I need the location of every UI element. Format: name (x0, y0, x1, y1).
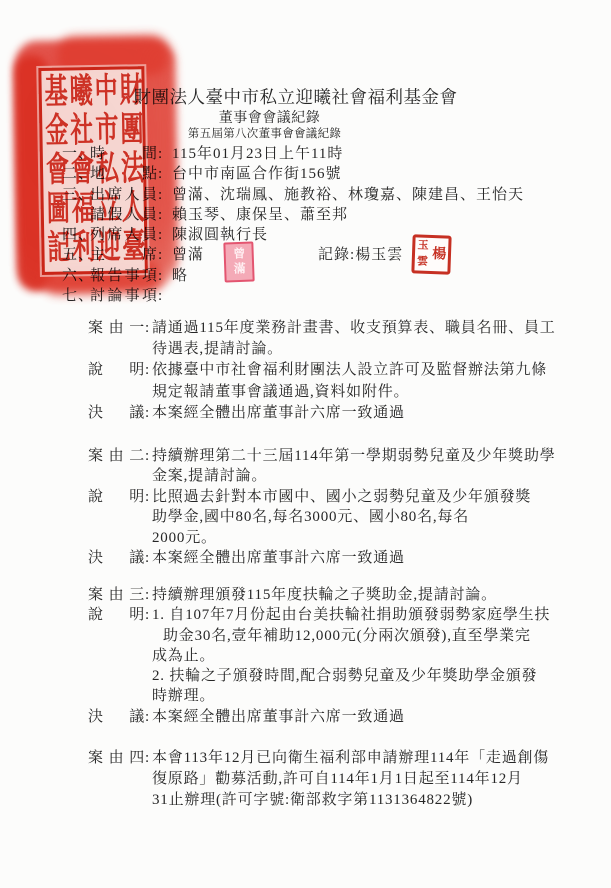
case-row: 說明 : 依據臺中市社會福利財團法人設立許可及監督辦法第九條 規定報請董事會議通… (88, 360, 581, 402)
seal-ink-blob (58, 35, 169, 77)
meta-row-location: 二、 地點 : 台中市南區合作街156號 (62, 164, 571, 184)
case-label: 案由四 (88, 748, 145, 769)
meta-colon: : (158, 245, 172, 265)
doc-title: 董事會會議紀錄 (0, 107, 575, 127)
meta-row-discussion: 七、 討論事項 : (62, 286, 571, 306)
case-line: 時辦理。 (152, 686, 581, 706)
case-label: 案由一 (88, 318, 145, 339)
meta-colon: : (158, 185, 172, 205)
meta-number: 四、 (62, 225, 90, 245)
meta-number: 二、 (62, 164, 90, 184)
case-colon: : (145, 318, 152, 339)
meta-value: 115年01月23日上午11時 (172, 144, 343, 164)
case-line: 請通過115年度業務計畫書、收支預算表、職員名冊、員工 (152, 318, 581, 339)
case-line: 持續辦理頒發115年度扶輪之子獎助金,提請討論。 (152, 585, 581, 605)
meta-label: 討論事項 (90, 286, 158, 306)
case-label: 決議 (88, 403, 145, 424)
doc-subtitle: 第五屆第八次董事會會議紀錄 (0, 125, 570, 141)
meta-label: 請假人員 (90, 205, 158, 225)
recorder-stamp-char: 雲 (414, 254, 431, 271)
case-label: 決議 (88, 707, 145, 727)
meeting-meta: 一、 時間 : 115年01月23日上午11時 二、 地點 : 台中市南區合作街… (62, 144, 571, 306)
meta-value: 陳淑圓執行長 (172, 225, 268, 245)
case-section-2: 案由二 : 持續辦理第二十三屆114年第一學期弱勢兒童及少年獎助學 金案,提請討… (88, 446, 581, 568)
case-colon: : (145, 605, 152, 625)
case-row: 決議 : 本案經全體出席董事計六席一致通過 (88, 548, 581, 568)
meta-number: 三、 (62, 185, 90, 205)
recorder-stamp-char: 玉 (415, 238, 432, 255)
case-line: 助學金,國中80名,每名3000元、國小80名,每名 (152, 507, 581, 527)
case-section-1: 案由一 : 請通過115年度業務計畫書、收支預算表、職員名冊、員工 待遇表,提請… (88, 318, 581, 424)
meta-number: 六、 (62, 266, 90, 286)
meta-colon: : (158, 286, 172, 306)
case-section-4: 案由四 : 本會113年12月已向衛生福利部申請辦理114年「走過創傷 復原路」… (88, 748, 581, 811)
meta-label: 時間 (90, 144, 158, 164)
meta-value: 曾滿 (172, 245, 204, 265)
meta-number: 一、 (62, 144, 90, 164)
case-colon: : (145, 585, 152, 605)
meta-value: 曾滿、沈瑞鳳、施教裕、林瓊嘉、陳建昌、王怡天 (172, 185, 524, 205)
case-line: 2. 扶輪之子頒發時間,配合弱勢兒童及少年獎助學金頒發 (152, 666, 581, 686)
case-colon: : (145, 446, 152, 466)
scanned-meeting-minutes-page: 財團法人臺中市私立迎曦社會福利基金會圖記 財團法人臺中市私立迎曦社會福利基金會 … (0, 0, 611, 888)
case-line: 助金30名,壹年補助12,000元(分兩次頒發),直至學業完 (152, 626, 581, 646)
case-row: 案由一 : 請通過115年度業務計畫書、收支預算表、職員名冊、員工 待遇表,提請… (88, 318, 581, 360)
case-label: 說明 (88, 487, 145, 507)
case-row: 案由四 : 本會113年12月已向衛生福利部申請辦理114年「走過創傷 復原路」… (88, 748, 581, 811)
case-label: 決議 (88, 548, 145, 568)
meta-colon: : (158, 164, 172, 184)
meta-value: 賴玉琴、康保呈、蕭至邦 (172, 205, 348, 225)
meta-value: 台中市南區合作街156號 (172, 164, 342, 184)
meta-label: 列席人員 (90, 225, 158, 245)
case-label: 說明 (88, 360, 145, 381)
case-row: 案由二 : 持續辦理第二十三屆114年第一學期弱勢兒童及少年獎助學 金案,提請討… (88, 446, 581, 487)
chair-stamp: 曾滿 (223, 242, 254, 283)
meta-row-time: 一、 時間 : 115年01月23日上午11時 (62, 144, 571, 164)
meta-label: 地點 (90, 164, 158, 184)
recorder-group: 記錄:楊玉雲 (318, 245, 403, 265)
case-row: 案由三 : 持續辦理頒發115年度扶輪之子獎助金,提請討論。 (88, 585, 581, 605)
case-line: 規定報請董事會議通過,資料如附件。 (152, 382, 581, 403)
recorder-value: 楊玉雲 (355, 247, 403, 263)
case-line: 1. 自107年7月份起由台美扶輪社捐助頒發弱勢家庭學生扶 (152, 605, 581, 625)
case-line: 本案經全體出席董事計六席一致通過 (152, 548, 581, 568)
meta-label: 主席 (90, 245, 158, 265)
meta-label: 報告事項 (90, 266, 158, 286)
case-colon: : (145, 403, 152, 424)
case-row: 決議 : 本案經全體出席董事計六席一致通過 (88, 403, 581, 424)
meta-colon: : (158, 266, 172, 286)
case-line: 依據臺中市社會福利財團法人設立許可及監督辦法第九條 (152, 360, 581, 381)
case-line: 本案經全體出席董事計六席一致通過 (152, 403, 581, 424)
case-label: 案由二 (88, 446, 145, 466)
case-line: 持續辦理第二十三屆114年第一學期弱勢兒童及少年獎助學 (152, 446, 581, 466)
meta-row-chair: 五、 主席 : 曾滿 曾滿 記錄:楊玉雲 楊 玉 雲 (62, 245, 571, 265)
case-line: 31止辦理(許可字號:衛部救字第1131364822號) (152, 790, 581, 811)
case-colon: : (145, 748, 152, 769)
case-line: 復原路」勸募活動,許可自114年1月1日起至114年12月 (152, 769, 581, 790)
meta-value: 略 (172, 266, 188, 286)
case-line: 金案,提請討論。 (152, 466, 581, 486)
meta-colon: : (158, 144, 172, 164)
recorder-stamp: 楊 玉 雲 (411, 235, 451, 275)
case-colon: : (145, 487, 152, 507)
recorder-label: 記錄 (318, 247, 350, 263)
meta-row-reports: 六、 報告事項 : 略 (62, 266, 571, 286)
meta-number: 五、 (62, 245, 90, 265)
case-line: 2000元。 (152, 528, 581, 548)
case-label: 說明 (88, 605, 145, 625)
meta-number: 七、 (62, 286, 90, 306)
case-line: 待遇表,提請討論。 (152, 339, 581, 360)
case-line: 本案經全體出席董事計六席一致通過 (152, 707, 581, 727)
case-colon: : (145, 360, 152, 381)
case-row: 說明 : 1. 自107年7月份起由台美扶輪社捐助頒發弱勢家庭學生扶 助金30名… (88, 605, 581, 706)
case-line: 成為止。 (152, 646, 581, 666)
case-label: 案由三 (88, 585, 145, 605)
meta-label: 出席人員 (90, 185, 158, 205)
case-line: 本會113年12月已向衛生福利部申請辦理114年「走過創傷 (152, 748, 581, 769)
case-line: 比照過去針對本市國中、國小之弱勢兒童及少年頒發獎 (152, 487, 581, 507)
case-section-3: 案由三 : 持續辦理頒發115年度扶輪之子獎助金,提請討論。 說明 : 1. 自… (88, 585, 581, 727)
meta-colon: : (158, 225, 172, 245)
meta-colon: : (158, 205, 172, 225)
meta-row-absent: 請假人員 : 賴玉琴、康保呈、蕭至邦 (62, 205, 571, 225)
case-row: 決議 : 本案經全體出席董事計六席一致通過 (88, 707, 581, 727)
case-colon: : (145, 707, 152, 727)
recorder-stamp-char: 楊 (431, 238, 449, 272)
meta-row-observers: 四、 列席人員 : 陳淑圓執行長 (62, 225, 571, 245)
case-row: 說明 : 比照過去針對本市國中、國小之弱勢兒童及少年頒發獎 助學金,國中80名,… (88, 487, 581, 548)
meta-row-attendees: 三、 出席人員 : 曾滿、沈瑞鳳、施教裕、林瓊嘉、陳建昌、王怡天 (62, 185, 571, 205)
case-colon: : (145, 548, 152, 568)
org-title: 財團法人臺中市私立迎曦社會福利基金會 (0, 84, 601, 109)
